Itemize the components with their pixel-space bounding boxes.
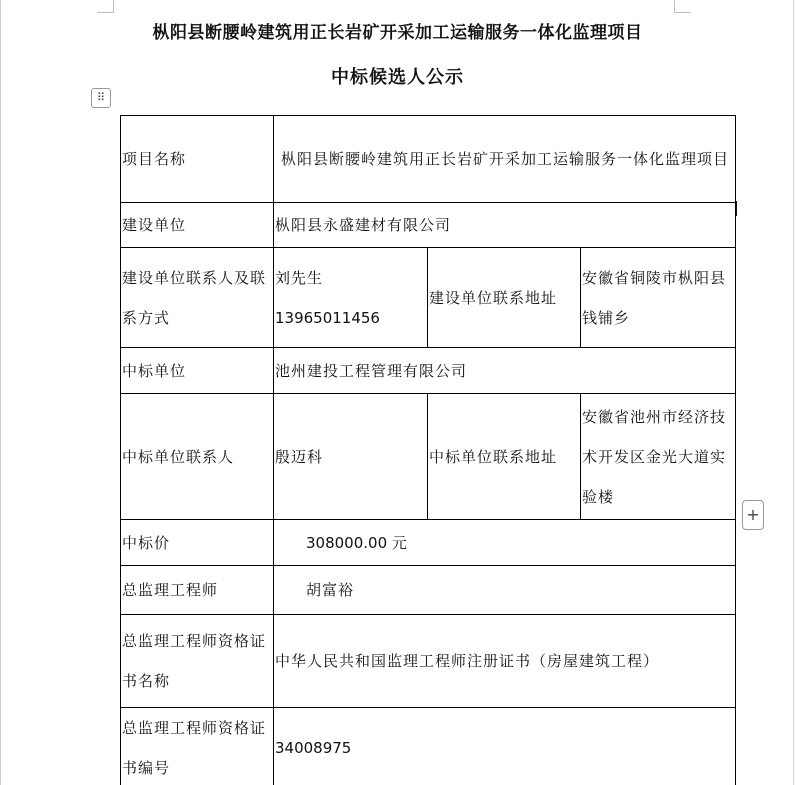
add-row-plus-icon[interactable]: + [742, 500, 764, 530]
table-row-owner: 建设单位 枞阳县永盛建材有限公司 [121, 203, 736, 248]
label-price: 中标价 [121, 520, 274, 566]
value-winner-contact[interactable]: 殷迈科 [274, 394, 428, 520]
label-project-name: 项目名称 [121, 116, 274, 203]
table-row-certificate-number: 总监理工程师资格证书编号 34008975 [121, 708, 736, 785]
table-row-project-name: 项目名称 枞阳县断腰岭建筑用正长岩矿开采加工运输服务一体化监理项目 [121, 116, 736, 203]
table-row-owner-contact: 建设单位联系人及联系方式 刘先生 13965011456 建设单位联系地址 安徽… [121, 248, 736, 348]
page-edge-right [793, 0, 794, 785]
table-row-winner-contact: 中标单位联系人 殷迈科 中标单位联系地址 安徽省池州市经济技术开发区金光大道实验… [121, 394, 736, 520]
value-project-name[interactable]: 枞阳县断腰岭建筑用正长岩矿开采加工运输服务一体化监理项目 [274, 116, 736, 203]
margin-crop-mark-right [674, 0, 691, 13]
label-chief-engineer: 总监理工程师 [121, 566, 274, 615]
label-certificate-number: 总监理工程师资格证书编号 [121, 708, 274, 785]
owner-contact-phone: 13965011456 [275, 298, 427, 338]
value-owner-address[interactable]: 安徽省铜陵市枞阳县钱铺乡 [581, 248, 736, 348]
value-certificate-number[interactable]: 34008975 [274, 708, 736, 785]
table-move-handle-icon[interactable]: ⠿ [91, 88, 111, 108]
label-certificate-name: 总监理工程师资格证书名称 [121, 615, 274, 708]
label-owner-contact: 建设单位联系人及联系方式 [121, 248, 274, 348]
value-owner[interactable]: 枞阳县永盛建材有限公司 [274, 203, 736, 248]
value-winner-address[interactable]: 安徽省池州市经济技术开发区金光大道实验楼 [581, 394, 736, 520]
announcement-table: 项目名称 枞阳县断腰岭建筑用正长岩矿开采加工运输服务一体化监理项目 建设单位 枞… [120, 115, 736, 785]
value-owner-contact[interactable]: 刘先生 13965011456 [274, 248, 428, 348]
label-winner-contact: 中标单位联系人 [121, 394, 274, 520]
label-winner: 中标单位 [121, 348, 274, 394]
label-owner: 建设单位 [121, 203, 274, 248]
label-winner-address: 中标单位联系地址 [428, 394, 581, 520]
value-winner[interactable]: 池州建投工程管理有限公司 [274, 348, 736, 394]
margin-crop-mark-left [97, 0, 114, 13]
page-edge-left [0, 0, 1, 785]
owner-contact-name: 刘先生 [275, 258, 427, 298]
table-row-chief-engineer: 总监理工程师 胡富裕 [121, 566, 736, 615]
document-subtitle: 中标候选人公示 [0, 63, 795, 89]
value-chief-engineer[interactable]: 胡富裕 [274, 566, 736, 615]
value-certificate-name[interactable]: 中华人民共和国监理工程师注册证书（房屋建筑工程） [274, 615, 736, 708]
table-row-certificate-name: 总监理工程师资格证书名称 中华人民共和国监理工程师注册证书（房屋建筑工程） [121, 615, 736, 708]
label-owner-address: 建设单位联系地址 [428, 248, 581, 348]
table-row-winner: 中标单位 池州建投工程管理有限公司 [121, 348, 736, 394]
table-row-price: 中标价 308000.00 元 [121, 520, 736, 566]
document-title: 枞阳县断腰岭建筑用正长岩矿开采加工运输服务一体化监理项目 [0, 18, 795, 43]
value-price[interactable]: 308000.00 元 [274, 520, 736, 566]
